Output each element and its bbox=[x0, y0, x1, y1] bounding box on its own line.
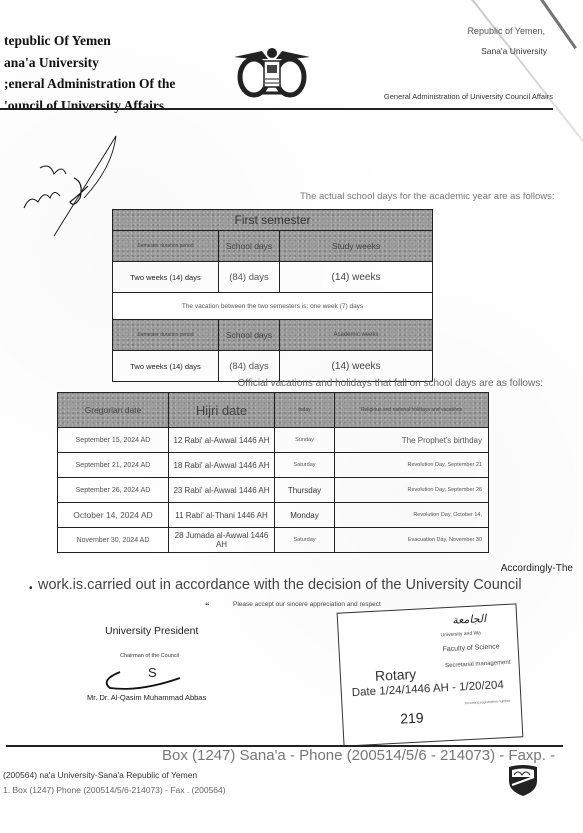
header-country: tepublic Of Yemen bbox=[4, 30, 175, 52]
gregorian-date-cell: September 21, 2024 AD bbox=[58, 453, 169, 478]
hijri-date-cell: 23 Rabi' al-Awwal 1446 AH bbox=[169, 478, 275, 503]
semester-title: First semester bbox=[113, 210, 433, 231]
header-gregorian-date: Gregorian date bbox=[58, 393, 169, 428]
holiday-row: October 14, 2024 AD11 Rabi' al-Thani 144… bbox=[58, 503, 489, 528]
header-divider bbox=[0, 108, 553, 110]
first-school-days-value: (84) days bbox=[219, 262, 280, 293]
first-duration-value: Two weeks (14) days bbox=[113, 262, 219, 293]
holidays-intro: Official vacations and holidays that fal… bbox=[237, 378, 543, 389]
school-days-intro: The actual school days for the academic … bbox=[300, 191, 555, 202]
handwritten-signature-icon bbox=[14, 128, 124, 238]
hijri-date-cell: 12 Rabi' al-Awwal 1446 AH bbox=[169, 428, 275, 453]
header-hijri-date: Hijri date bbox=[169, 393, 275, 428]
stamp-label: Rotary bbox=[375, 666, 417, 684]
header-left-block: tepublic Of Yemen ana'a University ;ener… bbox=[4, 30, 175, 116]
signatory-title: University President bbox=[105, 625, 198, 637]
header-right-administration: General Administration of University Cou… bbox=[384, 92, 553, 101]
header-right-block: Republic of Yemen, Sana'a University Gen… bbox=[313, 26, 553, 106]
day-cell: Monday bbox=[275, 503, 335, 528]
appreciation-text: Please accept our sincere appreciation a… bbox=[233, 601, 381, 608]
header-academic-weeks: Academic weeks bbox=[280, 320, 433, 351]
accordingly-text: Accordingly-The bbox=[501, 563, 573, 574]
holiday-row: September 15, 2024 AD12 Rabi' al-Awwal 1… bbox=[58, 428, 489, 453]
stamp-registration-number: 219 bbox=[400, 709, 424, 726]
holiday-row: September 21, 2024 AD18 Rabi' al-Awwal 1… bbox=[58, 453, 489, 478]
day-cell: Saturday bbox=[275, 528, 335, 553]
occasion-cell: Revolution Day, September 26 bbox=[335, 478, 489, 503]
hijri-date-cell: 18 Rabi' al-Awwal 1446 AH bbox=[169, 453, 275, 478]
quote-mark: “ bbox=[205, 601, 210, 611]
header-council: 'ouncil of University Affairs bbox=[4, 95, 175, 117]
footer-address-main: Box (1247) Sana'a - Phone (200514/5/6 - … bbox=[162, 747, 555, 764]
footer-address-line-1: (200564) na'a University-Sana'a Republic… bbox=[3, 770, 197, 780]
hijri-date-cell: 28 Jumada al-Awwal 1446 AH bbox=[169, 528, 275, 553]
university-shield-logo-icon bbox=[506, 763, 540, 797]
gregorian-date-cell: September 26, 2024 AD bbox=[58, 478, 169, 503]
stamp-faculty: Faculty of Science bbox=[442, 643, 499, 653]
yemen-eagle-emblem-icon bbox=[232, 43, 312, 101]
decision-statement: work.is.carried out in accordance with t… bbox=[38, 577, 522, 593]
holidays-table: Gregorian date Hijri date today Religiou… bbox=[57, 392, 489, 553]
day-cell: Sunday bbox=[275, 428, 335, 453]
vacation-between-semesters: The vacation between the two semesters i… bbox=[113, 293, 433, 320]
header-right-university: Sana'a University bbox=[481, 46, 547, 56]
stamp-registration-label: Incoming registration number bbox=[465, 699, 510, 705]
stamp-arabic-heading: الجامعة bbox=[452, 612, 487, 627]
first-study-weeks-value: (14) weeks bbox=[280, 262, 433, 293]
occasion-cell: Evacuation Day, November 30 bbox=[335, 528, 489, 553]
signature-letter: S bbox=[148, 665, 157, 680]
gregorian-date-cell: November 30, 2024 AD bbox=[58, 528, 169, 553]
header-day: today bbox=[275, 393, 335, 428]
header-university: ana'a University bbox=[4, 52, 175, 74]
header-administration: ;eneral Administration Of the bbox=[4, 73, 175, 95]
header-occasion: Religious and national holidays and vaca… bbox=[335, 393, 489, 428]
header-duration-2: Semester duration period bbox=[113, 320, 219, 351]
signatory-subtitle: Chairman of the Council bbox=[120, 653, 179, 659]
holiday-row: September 26, 2024 AD23 Rabi' al-Awwal 1… bbox=[58, 478, 489, 503]
second-academic-weeks-value: (14) weeks bbox=[280, 351, 433, 382]
bullet-dot: • bbox=[29, 583, 33, 594]
header-study-weeks: Study weeks bbox=[280, 231, 433, 262]
occasion-cell: Revolution Day, September 21 bbox=[335, 453, 489, 478]
gregorian-date-cell: October 14, 2024 AD bbox=[58, 503, 169, 528]
occasion-cell: Revolution Day, October 14, bbox=[335, 503, 489, 528]
signatory-name: Mr. Dr. Al-Qasim Muhammad Abbas bbox=[87, 693, 206, 702]
incoming-stamp: الجامعة University and Wa Faculty of Sci… bbox=[337, 603, 524, 746]
header-school-days-2: School days bbox=[219, 320, 280, 351]
second-school-days-value: (84) days bbox=[219, 351, 280, 382]
second-duration-value: Two weeks (14) days bbox=[113, 351, 219, 382]
day-cell: Saturday bbox=[275, 453, 335, 478]
gregorian-date-cell: September 15, 2024 AD bbox=[58, 428, 169, 453]
header-right-country: Republic of Yemen, bbox=[467, 26, 545, 36]
footer-address-line-2: 1. Box (1247) Phone (200514/5/6-214073) … bbox=[3, 785, 226, 795]
stamp-line-1: University and Wa bbox=[440, 630, 481, 638]
hijri-date-cell: 11 Rabi' al-Thani 1446 AH bbox=[169, 503, 275, 528]
semester-table: First semester Semester duration period … bbox=[112, 209, 433, 382]
header-school-days: School days bbox=[219, 231, 280, 262]
header-duration: Semester duration period bbox=[113, 231, 219, 262]
day-cell: Thursday bbox=[275, 478, 335, 503]
occasion-cell: The Prophet's birthday bbox=[335, 428, 489, 453]
holiday-row: November 30, 2024 AD28 Jumada al-Awwal 1… bbox=[58, 528, 489, 553]
stamp-department: Secretarial management bbox=[445, 660, 511, 669]
